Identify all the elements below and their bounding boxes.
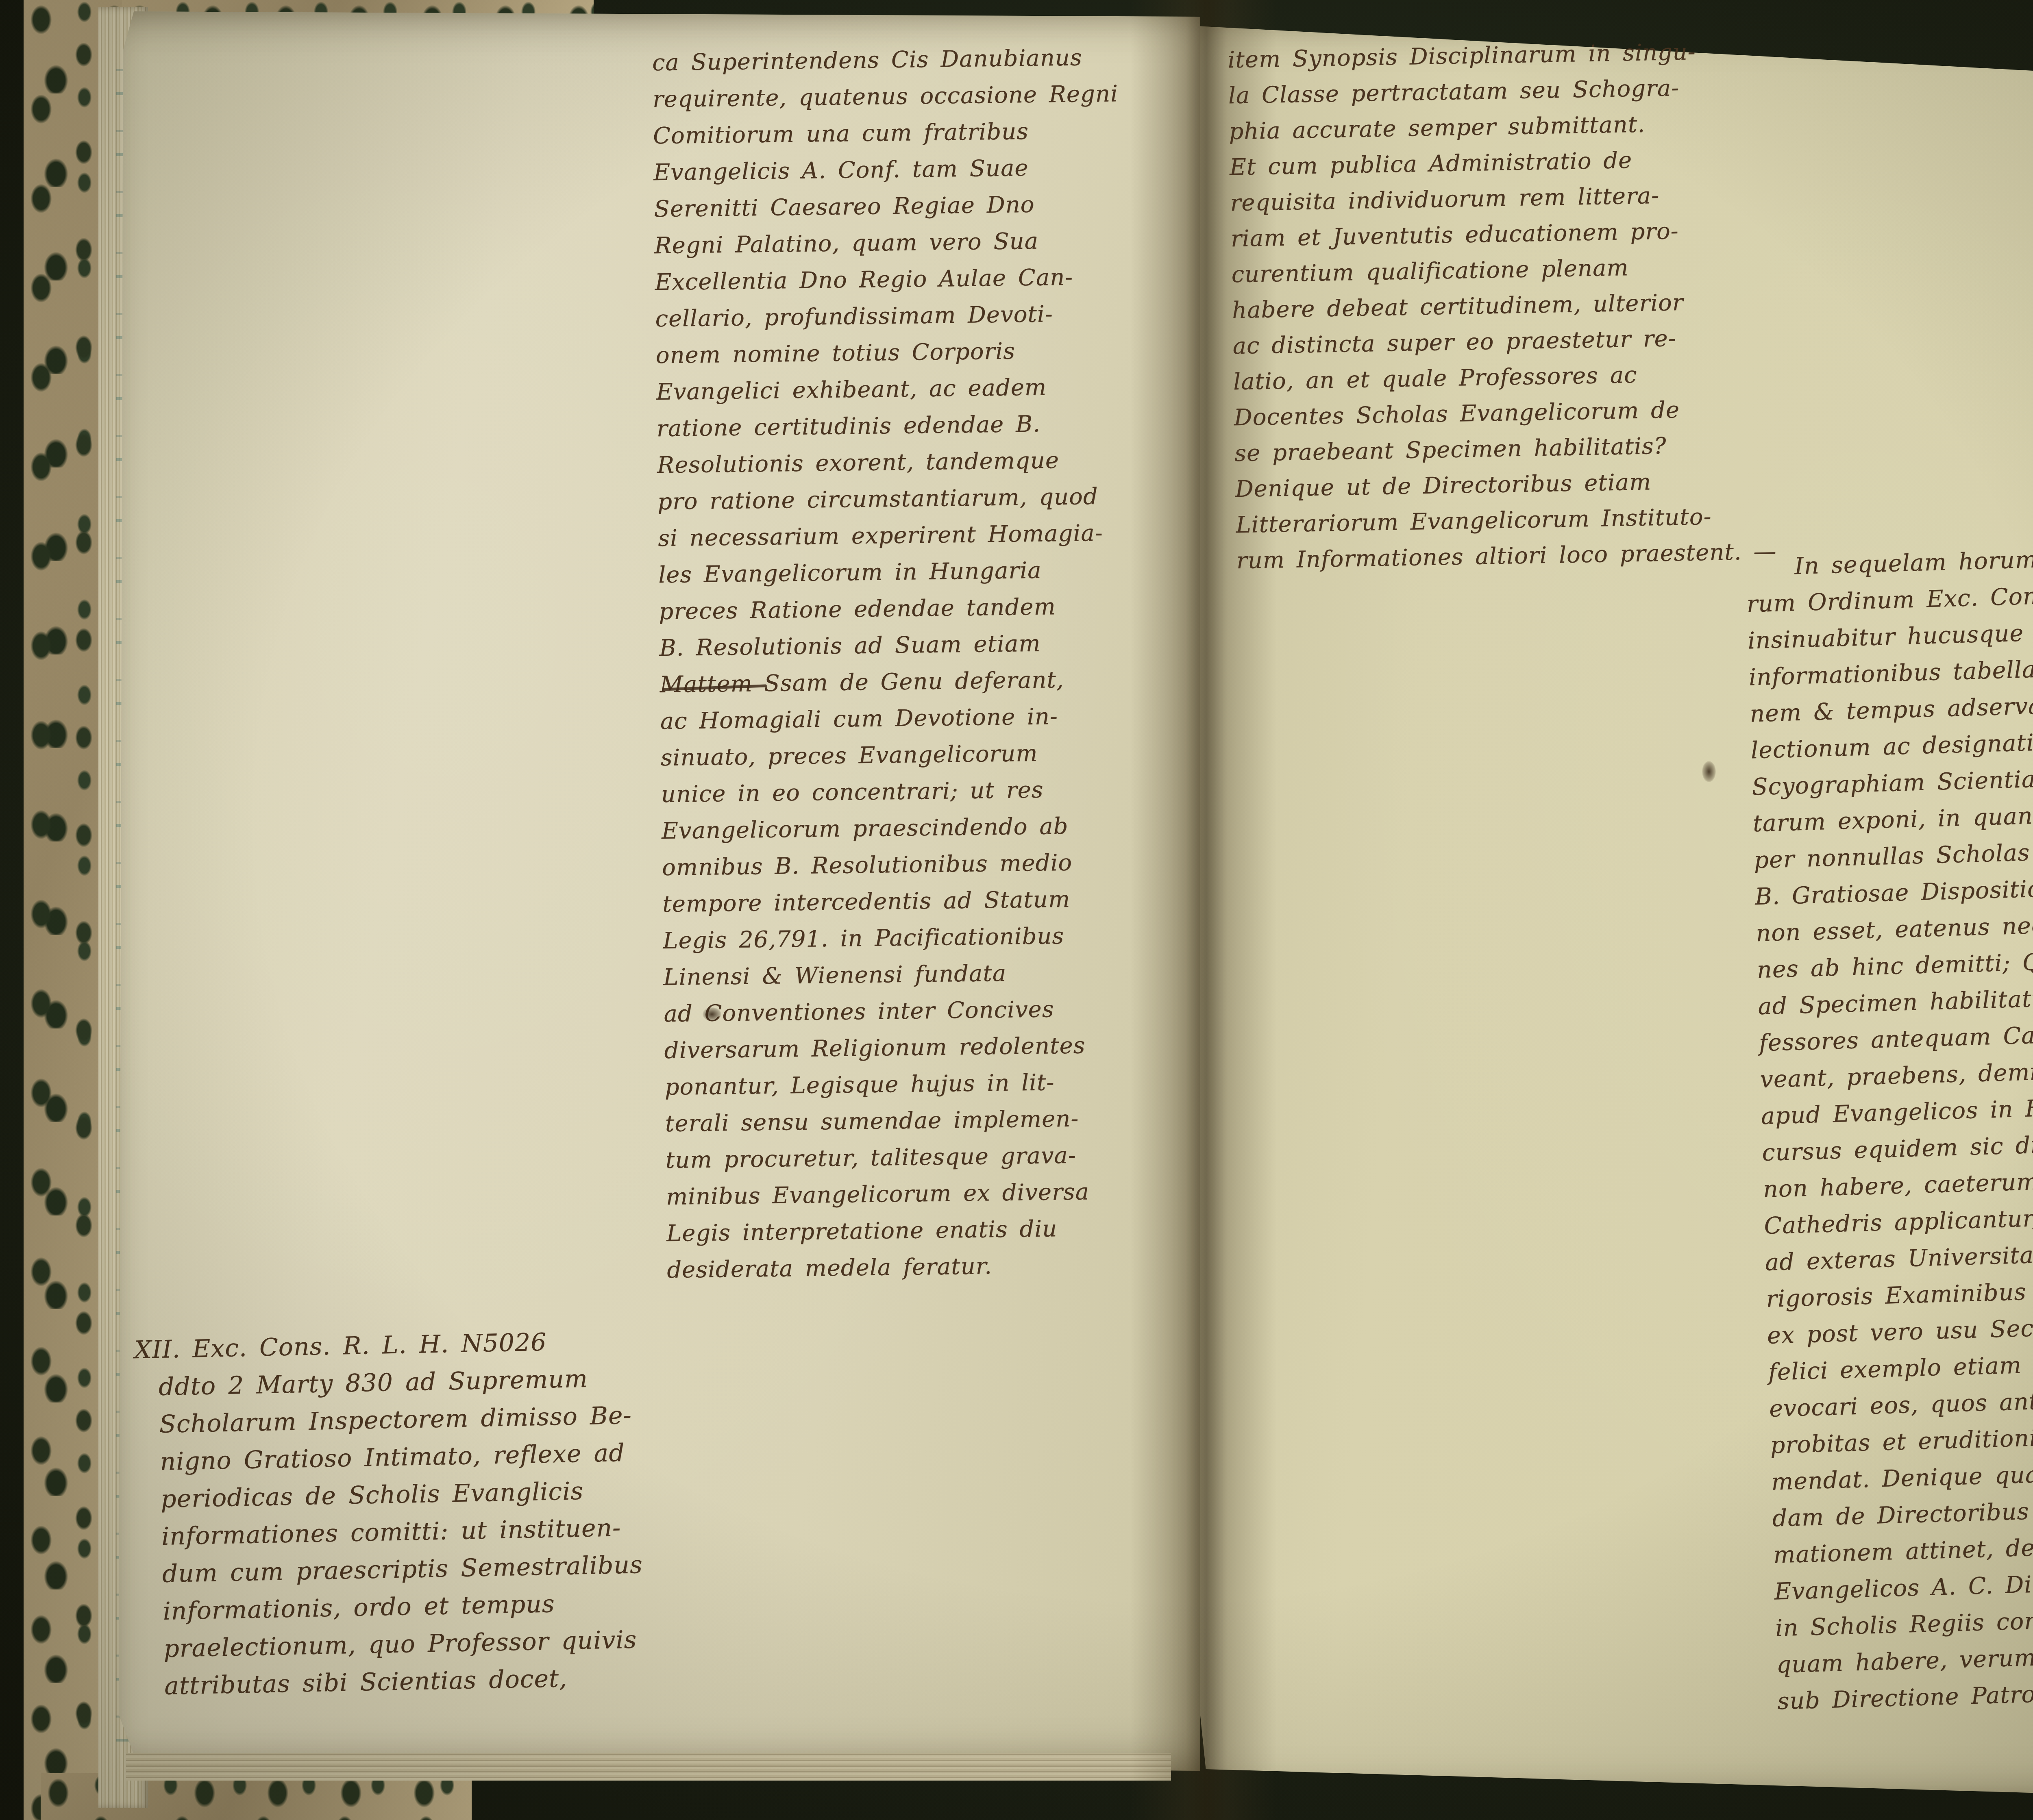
page-edges-stack-bottom [126, 1753, 1171, 1781]
left-page-main-column: ca Superintendens Cis Danubianusrequiren… [652, 38, 1208, 1289]
manuscript-line: si necessarium experirent Homagia- [658, 514, 1199, 557]
manuscript-line: Resolutionis exorent, tandemque [657, 441, 1198, 484]
ink-blot [1702, 761, 1716, 782]
manuscript-line: Linensi & Wienensi fundata [663, 953, 1204, 996]
manuscript-line: Evangelici exhibeant, ac eadem [656, 367, 1197, 411]
manuscript-line: Mattem Ssam de Genu deferant, [660, 660, 1201, 703]
manuscript-line: onem nomine totius Corporis [655, 331, 1197, 374]
manuscript-line: Excellentia Dno Regio Aulae Can- [655, 258, 1196, 301]
manuscript-line: cellario, profundissimam Devoti- [655, 294, 1196, 337]
left-page-bottom-paragraph: XII. Exc. Cons. R. L. H. N5026ddto 2 Mar… [134, 1321, 694, 1705]
manuscript-line: unice in eo concentrari; ut res [661, 770, 1202, 813]
manuscript-line: B. Resolutionis ad Suam etiam [659, 624, 1200, 667]
manuscript-line: les Evangelicorum in Hungaria [658, 550, 1199, 594]
manuscript-line: Comitiorum una cum fratribus [653, 111, 1194, 154]
manuscript-line: tempore intercedentis ad Statum [662, 880, 1204, 923]
manuscript-line: Evangelicis A. Conf. tam Suae [653, 148, 1195, 191]
manuscript-line: preces Ratione edendae tandem [659, 587, 1200, 630]
manuscript-line: omnibus B. Resolutionibus medio [662, 843, 1203, 886]
right-page-right-column: In sequelam horum B. Gratioso-rum Ordinu… [1745, 534, 2033, 1720]
manuscript-line: Evangelicorum praescindendo ab [661, 807, 1202, 850]
manuscript-line: diversarum Religionum redolentes [664, 1026, 1205, 1069]
manuscript-line: tum procuretur, talitesque grava- [665, 1136, 1206, 1179]
manuscript-line: Legis 26,791. in Pacificationibus [663, 916, 1204, 959]
open-manuscript-book-scan: ca Superintendens Cis Danubianusrequiren… [0, 0, 2033, 1820]
manuscript-line: pro ratione circumstantiarum, quod [657, 477, 1199, 520]
manuscript-line: Regni Palatino, quam vero Sua [654, 221, 1195, 264]
ink-blot [703, 1007, 721, 1021]
manuscript-line: ponantur, Legisque hujus in lit- [664, 1063, 1206, 1106]
right-page-left-column: item Synopsis Disciplinarum in singu-la … [1228, 33, 1806, 579]
manuscript-line: ratione certitudinis edendae B. [656, 404, 1197, 447]
manuscript-line: ad Conventiones inter Concives [664, 989, 1205, 1033]
manuscript-line: ac Homagiali cum Devotione in- [660, 697, 1201, 740]
manuscript-line: minibus Evangelicorum ex diversa [666, 1172, 1207, 1216]
manuscript-line: terali sensu sumendae implemen- [665, 1099, 1206, 1142]
manuscript-line: desiderata medela feratur. [667, 1246, 1208, 1289]
manuscript-line: sinuato, preces Evangelicorum [660, 733, 1202, 776]
manuscript-line: requirente, quatenus occasione Regni [652, 75, 1193, 118]
manuscript-line: ca Superintendens Cis Danubianus [652, 38, 1193, 81]
manuscript-line: Legis interpretatione enatis diu [666, 1209, 1208, 1252]
manuscript-line: Serenitti Caesareo Regiae Dno [654, 185, 1195, 228]
